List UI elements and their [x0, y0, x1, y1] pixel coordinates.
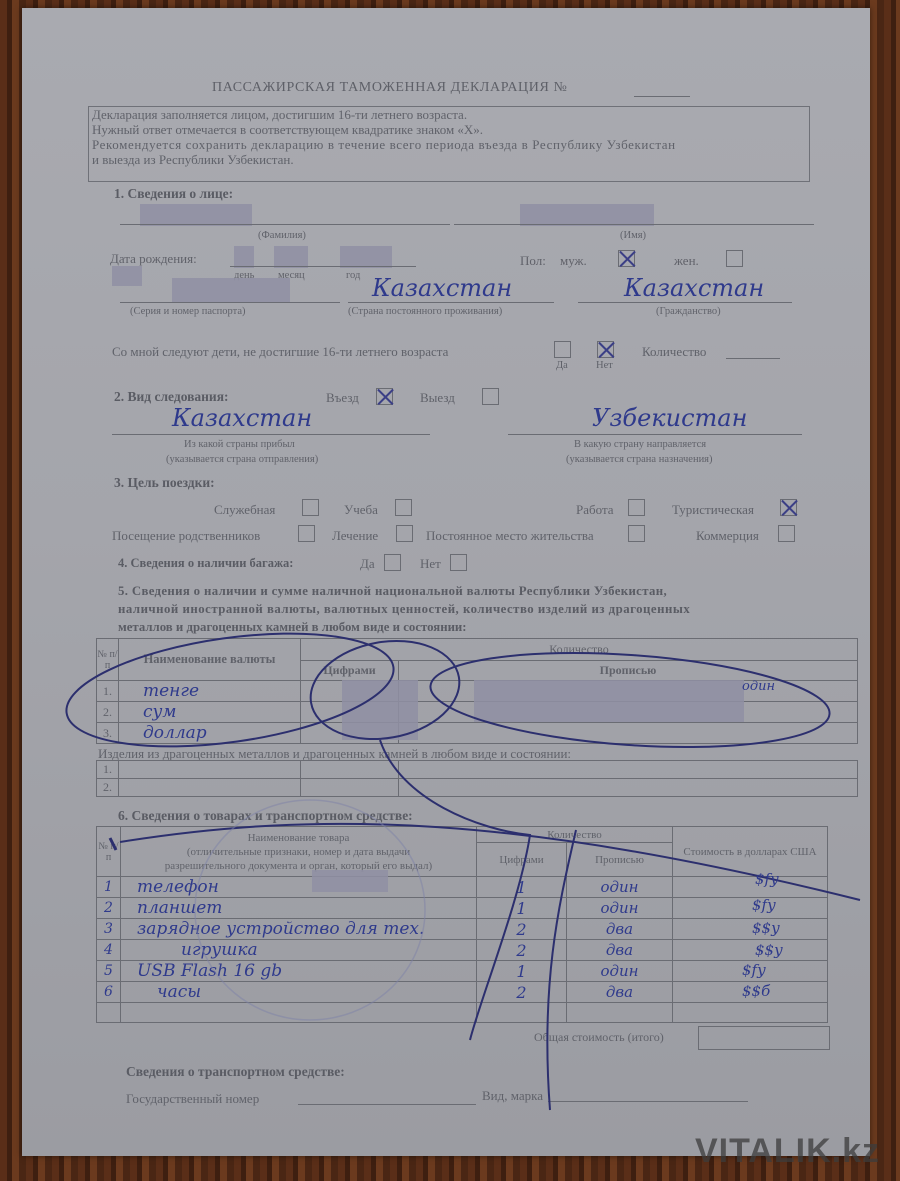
purpose-tourism-label: Туристическая — [672, 502, 754, 518]
redacted-amounts — [342, 680, 418, 740]
dob-field[interactable] — [230, 266, 416, 267]
citizenship-field[interactable] — [578, 302, 792, 303]
goods-digits[interactable]: 2 — [477, 982, 567, 1003]
col-digits: Цифрами — [301, 661, 399, 681]
goods-cost[interactable] — [673, 961, 828, 982]
purpose-commerce-label: Коммерция — [696, 528, 759, 544]
section2-heading: 2. Вид следования: — [114, 389, 229, 405]
section6-heading: 6. Сведения о товарах и транспортном сре… — [118, 808, 413, 824]
goods-digits[interactable]: 1 — [477, 877, 567, 898]
row-number: 2. — [97, 779, 119, 797]
col-words: Прописью — [567, 843, 673, 877]
children-no-checkbox[interactable] — [597, 341, 614, 358]
baggage-no-checkbox[interactable] — [450, 554, 467, 571]
purpose-relatives-label: Посещение родственников — [112, 528, 260, 544]
instruction-line: Нужный ответ отмечается в соответствующе… — [89, 122, 809, 137]
redacted-surname — [140, 204, 252, 226]
instruction-line: Декларация заполняется лицом, достигшим … — [89, 107, 809, 122]
row-number: 2 — [97, 898, 121, 919]
instruction-line: Рекомендуется сохранить декларацию в теч… — [89, 137, 809, 152]
col-goods-name: Наименование товара (отличительные призн… — [121, 827, 477, 877]
col-goods-name-line: разрешительного документа и орган, котор… — [121, 859, 476, 873]
redacted-passport-number — [172, 278, 290, 302]
goods-cost[interactable] — [673, 940, 828, 961]
goods-name[interactable]: игрушка — [121, 940, 477, 961]
total-cost-label: Общая стоимость (итого) — [534, 1030, 664, 1045]
redacted-goods-detail — [312, 870, 388, 892]
jewelry-words[interactable] — [399, 761, 858, 779]
table-row: 5 USB Flash 16 gb 1 один — [97, 961, 828, 982]
col-goods-name-line: Наименование товара — [121, 831, 476, 845]
section4-heading: 4. Сведения о наличии багажа: — [118, 556, 293, 571]
departure-label: Из какой страны прибыл — [184, 439, 295, 450]
goods-cost[interactable] — [673, 919, 828, 940]
amount-words[interactable] — [399, 723, 858, 744]
row-number: 5 — [97, 961, 121, 982]
plate-number-field[interactable] — [298, 1104, 476, 1105]
purpose-study-checkbox[interactable] — [395, 499, 412, 516]
table-row: 6 часы 2 два — [97, 982, 828, 1003]
col-goods-name-line: (отличительные признаки, номер и дата вы… — [121, 845, 476, 859]
purpose-work-checkbox[interactable] — [628, 499, 645, 516]
vehicle-brand-label: Вид, марка — [482, 1088, 543, 1104]
redacted-name — [520, 204, 654, 226]
children-quantity-field[interactable] — [726, 358, 780, 359]
table-row: 4 игрушка 2 два — [97, 940, 828, 961]
goods-cost[interactable] — [673, 898, 828, 919]
purpose-treatment-label: Лечение — [332, 528, 378, 544]
goods-name[interactable]: часы — [121, 982, 477, 1003]
departure-country-field[interactable] — [112, 434, 430, 435]
passport-label: (Серия и номер паспорта) — [130, 306, 246, 317]
row-number: 1. — [97, 681, 119, 702]
purpose-residence-checkbox[interactable] — [628, 525, 645, 542]
site-watermark: VITALIK.kz — [695, 1132, 880, 1171]
row-number: 1. — [97, 761, 119, 779]
children-yes-checkbox[interactable] — [554, 341, 571, 358]
surname-label: (Фамилия) — [258, 230, 306, 241]
goods-digits[interactable]: 1 — [477, 898, 567, 919]
row-number: 2. — [97, 702, 119, 723]
goods-words[interactable]: два — [567, 919, 673, 940]
jewelry-name[interactable] — [119, 779, 301, 797]
entry-checkbox[interactable] — [376, 388, 393, 405]
jewelry-words[interactable] — [399, 779, 858, 797]
baggage-yes-checkbox[interactable] — [384, 554, 401, 571]
entry-label: Въезд — [326, 390, 359, 406]
jewelry-table: 1. 2. — [96, 760, 858, 797]
instructions-box: Декларация заполняется лицом, достигшим … — [88, 106, 810, 182]
departure-country-value: Казахстан — [172, 404, 312, 432]
purpose-official-checkbox[interactable] — [302, 499, 319, 516]
jewelry-name[interactable] — [119, 761, 301, 779]
col-cost-usd: Стоимость в долларах США — [673, 827, 828, 877]
goods-name[interactable]: зарядное устройство для тех. — [121, 919, 477, 940]
goods-words[interactable]: два — [567, 982, 673, 1003]
currency-name[interactable]: доллар — [119, 723, 301, 744]
female-label: жен. — [674, 253, 699, 269]
section1-heading: 1. Сведения о лице: — [114, 186, 233, 202]
children-quantity-label: Количество — [642, 344, 706, 360]
table-row: 3. доллар — [97, 723, 858, 744]
jewelry-digits[interactable] — [301, 779, 399, 797]
plate-number-label: Государственный номер — [126, 1091, 259, 1107]
residence-label: (Страна постоянного проживания) — [348, 306, 502, 317]
female-checkbox[interactable] — [726, 250, 743, 267]
row-number: 3. — [97, 723, 119, 744]
row-number: 4 — [97, 940, 121, 961]
goods-table: № п/п Наименование товара (отличительные… — [96, 826, 828, 1023]
goods-words[interactable]: один — [567, 877, 673, 898]
redacted-day — [234, 246, 254, 268]
redacted-month — [274, 246, 308, 268]
row-number: 6 — [97, 982, 121, 1003]
year-label: год — [346, 270, 360, 281]
surname-field[interactable] — [120, 224, 450, 225]
redacted-year — [340, 246, 392, 268]
male-checkbox[interactable] — [618, 250, 635, 267]
residence-field[interactable] — [348, 302, 554, 303]
goods-cost[interactable] — [673, 982, 828, 1003]
yes-label: Да — [556, 360, 568, 371]
destination-country-value: Узбекистан — [592, 404, 747, 432]
exit-checkbox[interactable] — [482, 388, 499, 405]
destination-label: В какую страну направляется — [574, 439, 706, 450]
male-label: муж. — [560, 253, 587, 269]
purpose-official-label: Служебная — [214, 502, 275, 518]
col-quantity: Количество — [477, 827, 673, 843]
citizenship-value: Казахстан — [624, 274, 764, 302]
redacted-amount-words — [474, 680, 744, 722]
baggage-yes-label: Да — [360, 556, 375, 572]
col-quantity: Количество — [301, 639, 858, 661]
name-label: (Имя) — [620, 230, 646, 241]
jewelry-digits[interactable] — [301, 761, 399, 779]
no-label: Нет — [596, 360, 613, 371]
goods-digits[interactable]: 1 — [477, 961, 567, 982]
vehicle-brand-field[interactable] — [548, 1101, 748, 1102]
currency-name[interactable]: сум — [119, 702, 301, 723]
section5-heading-line: наличной иностранной валюты, валютных це… — [118, 602, 690, 617]
col-number: № п/п — [97, 639, 119, 681]
purpose-work-label: Работа — [576, 502, 614, 518]
purpose-residence-label: Постоянное место жительства — [426, 528, 594, 544]
goods-name[interactable]: USB Flash 16 gb — [121, 961, 477, 982]
purpose-relatives-checkbox[interactable] — [298, 525, 315, 542]
declaration-number-field[interactable] — [634, 96, 690, 97]
residence-value: Казахстан — [372, 274, 512, 302]
goods-name[interactable]: планшет — [121, 898, 477, 919]
goods-digits[interactable]: 2 — [477, 940, 567, 961]
col-digits: Цифрами — [477, 843, 567, 877]
purpose-study-label: Учеба — [344, 502, 378, 518]
purpose-commerce-checkbox[interactable] — [778, 525, 795, 542]
vehicle-heading: Сведения о транспортном средстве: — [126, 1064, 345, 1080]
col-words: Прописью — [399, 661, 858, 681]
destination-country-field[interactable] — [508, 434, 802, 435]
section3-heading: 3. Цель поездки: — [114, 475, 215, 491]
goods-words[interactable]: один — [567, 898, 673, 919]
table-row: 3 зарядное устройство для тех. 2 два — [97, 919, 828, 940]
goods-words[interactable]: два — [567, 940, 673, 961]
goods-digits[interactable]: 2 — [477, 919, 567, 940]
customs-declaration-sheet: ПАССАЖИРСКАЯ ТАМОЖЕННАЯ ДЕКЛАРАЦИЯ № Дек… — [22, 8, 870, 1156]
purpose-tourism-checkbox[interactable] — [780, 499, 797, 516]
table-row: 1. — [97, 761, 858, 779]
row-number: 1 — [97, 877, 121, 898]
sex-label: Пол: — [520, 253, 546, 269]
exit-label: Выезд — [420, 390, 455, 406]
goods-name[interactable]: телефон — [121, 877, 477, 898]
destination-sublabel: (указывается страна назначения) — [566, 454, 713, 465]
table-row: 1 телефон 1 один — [97, 877, 828, 898]
goods-words[interactable]: один — [567, 961, 673, 982]
dob-label: Дата рождения: — [110, 251, 197, 267]
name-field[interactable] — [454, 224, 814, 225]
children-label: Со мной следуют дети, не достигшие 16-ти… — [112, 344, 448, 360]
citizenship-label: (Гражданство) — [656, 306, 721, 317]
passport-field[interactable] — [120, 302, 340, 303]
currency-name[interactable]: тенге — [119, 681, 301, 702]
table-row: 2 планшет 1 один — [97, 898, 828, 919]
baggage-no-label: Нет — [420, 556, 441, 572]
goods-cost[interactable] — [673, 877, 828, 898]
row-number: 3 — [97, 919, 121, 940]
form-title: ПАССАЖИРСКАЯ ТАМОЖЕННАЯ ДЕКЛАРАЦИЯ № — [212, 80, 567, 96]
table-row — [97, 1003, 828, 1023]
col-number: № п/п — [97, 827, 121, 877]
col-currency-name: Наименование валюты — [119, 639, 301, 681]
purpose-treatment-checkbox[interactable] — [396, 525, 413, 542]
total-cost-field[interactable] — [698, 1026, 830, 1050]
departure-sublabel: (указывается страна отправления) — [166, 454, 318, 465]
section5-heading-line: металлов и драгоценных камней в любом ви… — [118, 620, 467, 635]
redacted-passport-series — [112, 266, 142, 286]
section5-heading: 5. Сведения о наличии и сумме наличной н… — [118, 584, 667, 599]
table-row: 2. — [97, 779, 858, 797]
instruction-line: и выезда из Республики Узбекистан. — [89, 152, 809, 167]
